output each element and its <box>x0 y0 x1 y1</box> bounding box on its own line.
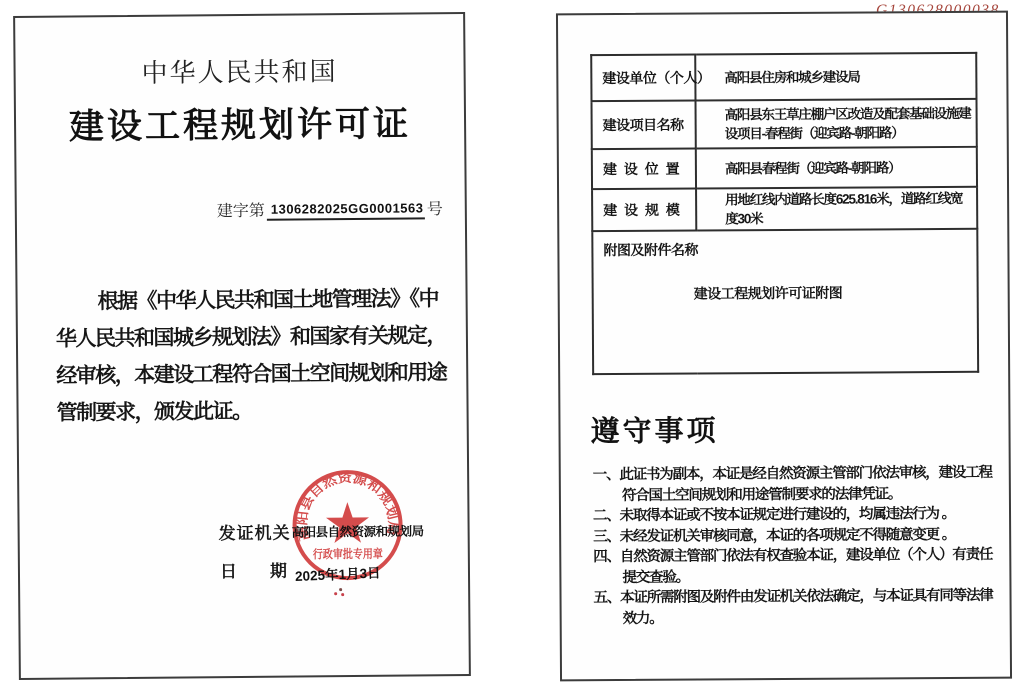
country-name: 中华人民共和国 <box>15 50 463 91</box>
row-label-construction-scale: 建 设 规 模 <box>592 189 696 232</box>
permit-cover-page: 中华人民共和国 建设工程规划许可证 建字第 1306282025GG000156… <box>13 12 471 680</box>
row-label-construction-location: 建 设 位 置 <box>592 149 696 190</box>
certificate-number: 1306282025GG0001563 <box>271 200 424 216</box>
seal-ink-specks <box>333 588 345 596</box>
certificate-number-underline: 1306282025GG0001563 <box>267 199 425 220</box>
row-value-construction-unit: 高阳县住房和城乡建设局 <box>695 53 976 101</box>
issuer-value: 高阳县自然资源和规划局 <box>292 521 442 540</box>
attachments-value: 建设工程规划许可证附图 <box>694 283 843 304</box>
permit-details-page: 建设单位（个人） 高阳县住房和城乡建设局 建设项目名称 高阳县东王草庄棚户区改造… <box>556 11 1012 682</box>
note-item-2: 二、未取得本证或不按本证规定进行建设的，均属违法行为 。 <box>593 504 997 527</box>
table-row: 建设单位（个人） 高阳县住房和城乡建设局 <box>591 53 976 101</box>
certificate-body-text: 根据《中华人民共和国土地管理法》《中华人民共和国城乡规划法》和国家有关规定，经审… <box>55 280 454 431</box>
note-item-3: 三、未经发证机关审核同意，本证的各项规定不得随意变更 。 <box>593 524 997 547</box>
date-label-qi: 期 <box>270 557 288 582</box>
row-value-project-name: 高阳县东王草庄棚户区改造及配套基础设施建设项目-春程街（迎宾路-朝阳路） <box>695 99 976 149</box>
date-row: 日 期 <box>220 557 288 583</box>
certificate-number-suffix: 号 <box>427 196 443 219</box>
row-label-construction-unit: 建设单位（个人） <box>591 55 695 102</box>
scanned-permit-document: G130628000038 中华人民共和国 建设工程规划许可证 建字第 1306… <box>0 0 1021 690</box>
certificate-number-row: 建字第 1306282025GG0001563 号 <box>217 196 443 221</box>
note-item-4: 四、自然资源主管部门依法有权查验本证，建设单位（个人）有责任提交查验。 <box>593 545 997 588</box>
attachments-label: 附图及附件名称 <box>593 230 976 260</box>
issuer-row: 发证机关 <box>219 519 291 545</box>
row-value-construction-scale: 用地红线内道路长度625.816米，道路红线宽度30米 <box>696 187 977 231</box>
note-item-5: 五、本证所需附图及附件由发证机关依法确定，与本证具有同等法律效力。 <box>593 586 997 629</box>
table-row: 建设项目名称 高阳县东王草庄棚户区改造及配套基础设施建设项目-春程街（迎宾路-朝… <box>592 99 977 149</box>
table-row-attachments: 附图及附件名称 建设工程规划许可证附图 <box>592 229 978 374</box>
row-value-construction-location: 高阳县春程街（迎宾路-朝阳路） <box>696 147 977 189</box>
attachments-cell: 附图及附件名称 建设工程规划许可证附图 <box>592 229 978 374</box>
note-item-1: 一、此证书为副本，本证是经自然资源主管部门依法审核，建设工程符合国土空间规划和用… <box>593 463 997 506</box>
table-row: 建 设 位 置 高阳县春程街（迎宾路-朝阳路） <box>592 147 977 189</box>
issue-date: 2025年1月3日 <box>295 561 381 585</box>
row-label-project-name: 建设项目名称 <box>592 101 696 150</box>
permit-details-table: 建设单位（个人） 高阳县住房和城乡建设局 建设项目名称 高阳县东王草庄棚户区改造… <box>590 52 979 375</box>
issuer-label: 发证机关 <box>219 524 291 544</box>
table-row: 建 设 规 模 用地红线内道路长度625.816米，道路红线宽度30米 <box>592 187 977 231</box>
date-label-ri: 日 <box>220 557 238 582</box>
compliance-notes-title: 遵守事项 <box>590 408 718 450</box>
compliance-notes-list: 一、此证书为副本，本证是经自然资源主管部门依法审核，建设工程符合国土空间规划和用… <box>593 463 998 629</box>
certificate-number-prefix: 建字第 <box>217 198 265 221</box>
seal-center-text: 行政审批专用章 <box>313 546 383 562</box>
certificate-title: 建设工程规划许可证 <box>16 96 464 150</box>
